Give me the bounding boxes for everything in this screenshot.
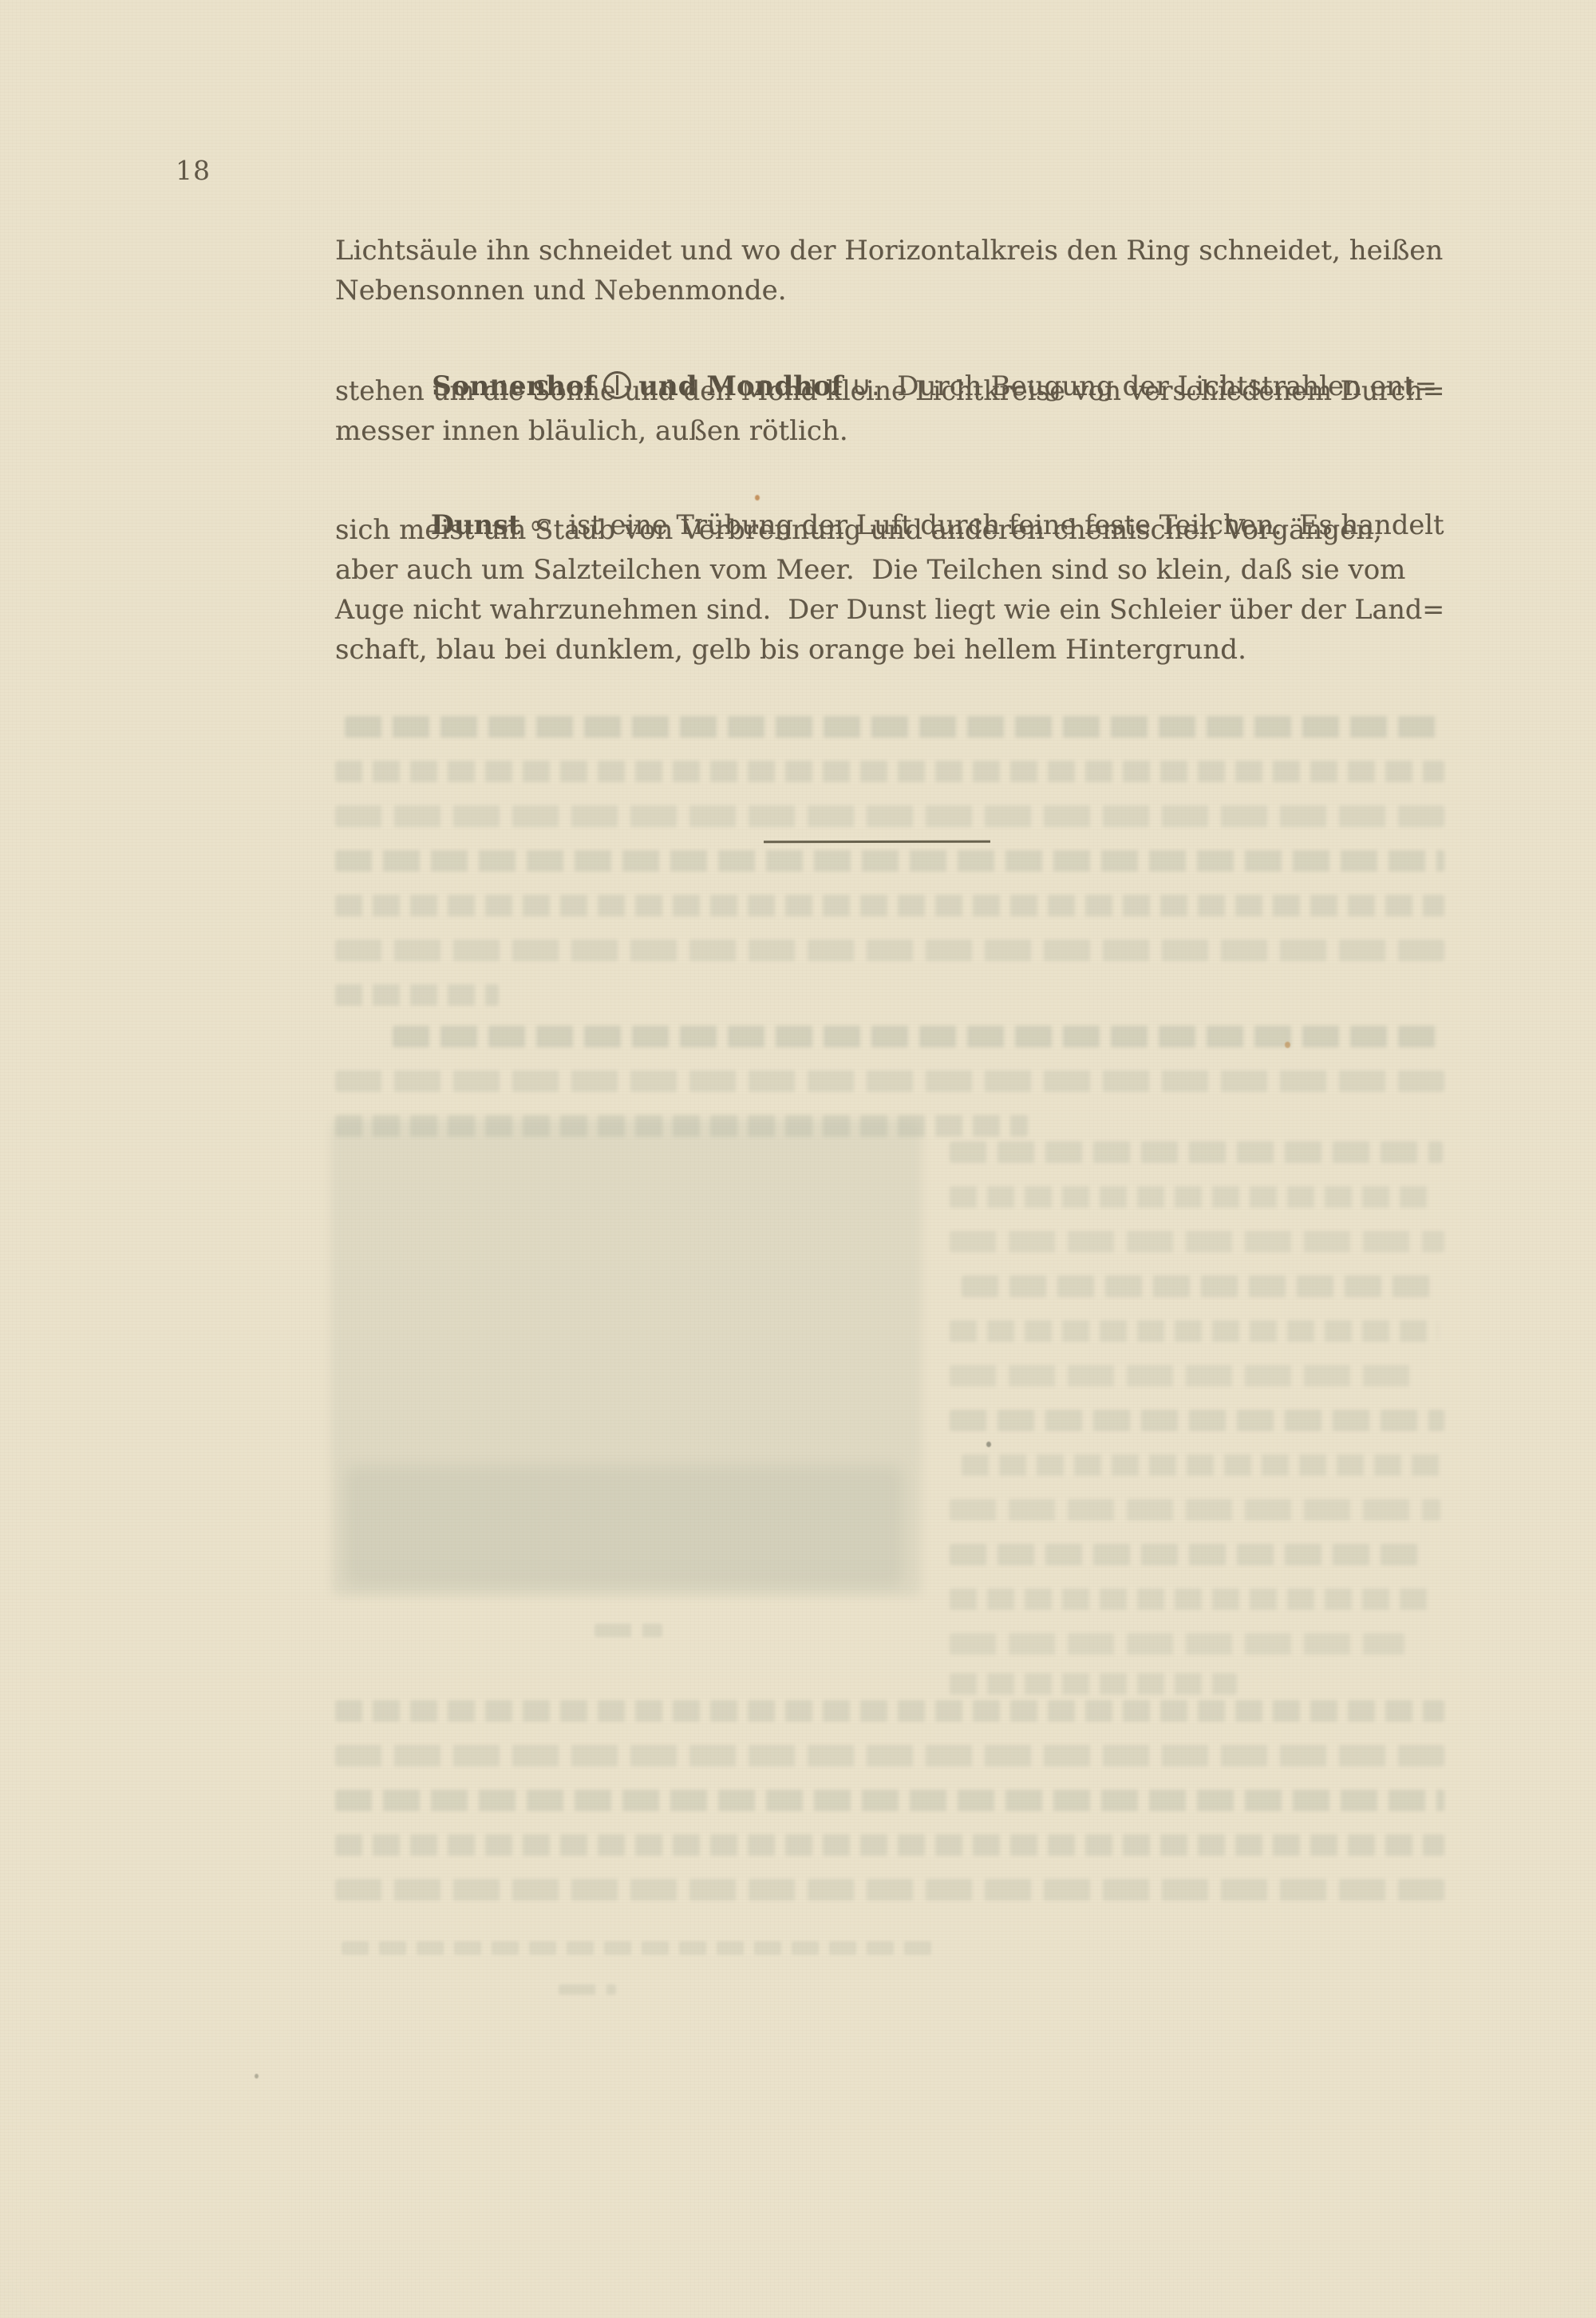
bleedthrough-line — [950, 1673, 1237, 1695]
bleedthrough-line — [950, 1544, 1422, 1565]
paper-speck — [986, 1442, 991, 1447]
bleedthrough-line — [335, 805, 1444, 827]
bleedthrough-line — [345, 716, 1443, 738]
bleedthrough-line — [950, 1186, 1432, 1208]
bleedthrough-line — [335, 761, 1444, 782]
page-number: 18 — [176, 155, 211, 186]
bleedthrough-line — [962, 1276, 1439, 1297]
bleedthrough-line — [950, 1633, 1404, 1655]
bleedthrough-line — [335, 984, 499, 1006]
bleedthrough-line — [950, 1141, 1443, 1163]
bleedthrough-layer — [0, 0, 1596, 2318]
bleedthrough-line — [335, 1790, 1444, 1811]
paper-speck — [755, 495, 760, 500]
bleedthrough-line — [962, 1454, 1440, 1476]
bleedthrough-line — [950, 1231, 1444, 1252]
bleedthrough-line — [335, 939, 1444, 961]
bleedthrough-line — [950, 1320, 1438, 1342]
bleedthrough-line — [335, 895, 1444, 916]
bleedthrough-line — [335, 1745, 1444, 1766]
bleedthrough-figure-shading — [345, 1466, 903, 1587]
bleedthrough-line — [950, 1410, 1444, 1431]
section-divider-rule — [764, 841, 990, 844]
bleedthrough-line — [335, 1700, 1444, 1722]
bleedthrough-line — [335, 1070, 1444, 1092]
bleedthrough-figure-caption — [595, 1624, 662, 1637]
bleedthrough-line — [335, 1879, 1444, 1901]
bleedthrough-line — [335, 1834, 1444, 1856]
bleedthrough-footnote-line — [342, 1941, 940, 1955]
scanned-book-page: 18 Lichtsäule ihn schneidet und wo der H… — [0, 0, 1596, 2318]
bleedthrough-line — [950, 1588, 1436, 1610]
bleedthrough-footnote-line — [559, 1984, 616, 1995]
paper-speck — [1285, 1042, 1290, 1048]
bleedthrough-line — [950, 1499, 1440, 1521]
paper-speck — [255, 2074, 259, 2079]
bleedthrough-line — [335, 850, 1444, 872]
bleedthrough-line — [950, 1365, 1416, 1386]
